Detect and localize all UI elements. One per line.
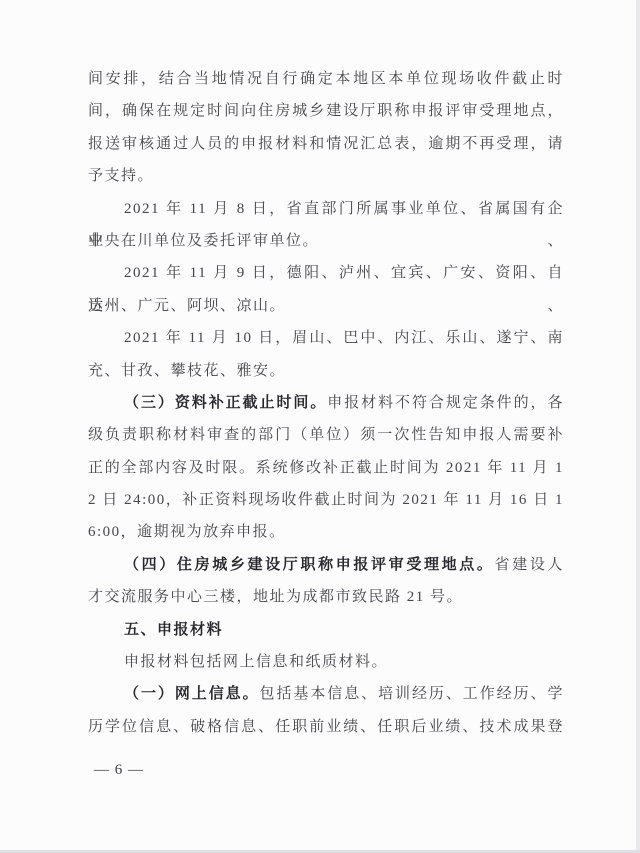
body-text: 报送审核通过人员的申报材料和情况汇总表，逾期不再受理，请 [88,136,564,152]
document-line: 2 日 24:00，补正资料现场收件截止时间为 2021 年 11 月 16 日… [88,484,564,516]
document-page: 间安排，结合当地情况自行确定本地区本单位现场收件截止时间，确保在规定时间向住房城… [0,0,640,853]
section-heading-text: （一）网上信息。 [124,686,260,702]
document-line: （四）住房城乡建设厅职称申报评审受理地点。省建设人 [88,549,564,581]
body-text: 中央在川单位及委托评审单位。 [88,233,319,249]
body-text: 达州、广元、阿坝、凉山。 [88,298,286,314]
document-line: 正的全部内容及时限。系统修改补正截止时间为 2021 年 11 月 1 [88,452,564,484]
body-text: 予支持。 [88,168,154,184]
document-line: 级负责职称材料审查的部门（单位）须一次性告知申报人需要补 [88,419,564,451]
body-text: 包括基本信息、培训经历、工作经历、学 [260,686,564,702]
scan-edge-right [636,0,640,853]
document-body: 间安排，结合当地情况自行确定本地区本单位现场收件截止时间，确保在规定时间向住房城… [88,63,564,743]
body-text: 申报材料不符合规定条件的，各 [327,395,564,411]
document-line: 五、申报材料 [88,614,564,646]
document-line: 间安排，结合当地情况自行确定本地区本单位现场收件截止时 [88,63,564,95]
document-line: 申报材料包括网上信息和纸质材料。 [88,646,564,678]
document-line: 2021 年 11 月 9 日，德阳、泸州、宜宾、广安、资阳、自贡、 [88,257,564,289]
body-text: 级负责职称材料审查的部门（单位）须一次性告知申报人需要补 [88,427,564,443]
document-line: （三）资料补正截止时间。申报材料不符合规定条件的，各 [88,387,564,419]
section-heading-text: 五、申报材料 [124,622,223,638]
document-line: 2021 年 11 月 8 日，省直部门所属事业单位、省属国有企业、 [88,193,564,225]
body-text: 充、甘孜、攀枝花、雅安。 [88,363,286,379]
body-text: 申报材料包括网上信息和纸质材料。 [124,654,388,670]
body-text: 间，确保在规定时间向住房城乡建设厅职称申报评审受理地点， [88,103,564,119]
body-text: 间安排，结合当地情况自行确定本地区本单位现场收件截止时 [88,71,564,87]
document-line: 历学位信息、破格信息、任职前业绩、任职后业绩、技术成果登 [88,711,564,743]
section-heading-text: （三）资料补正截止时间。 [124,395,327,411]
body-text: 正的全部内容及时限。系统修改补正截止时间为 2021 年 11 月 1 [88,460,564,476]
body-text: 2 日 24:00，补正资料现场收件截止时间为 2021 年 11 月 16 日… [88,492,564,508]
body-text: 才交流服务中心三楼，地址为成都市致民路 21 号。 [88,589,463,605]
section-heading-text: （四）住房城乡建设厅职称申报评审受理地点。 [124,557,495,573]
page-number: — 6 — [94,760,144,780]
document-line: 予支持。 [88,160,564,192]
body-text: 6:00，逾期视为放弃申报。 [88,524,286,540]
body-text: 历学位信息、破格信息、任职前业绩、任职后业绩、技术成果登 [88,719,564,735]
body-text: 2021 年 11 月 10 日，眉山、巴中、内江、乐山、遂宁、南 [124,330,564,346]
document-line: 报送审核通过人员的申报材料和情况汇总表，逾期不再受理，请 [88,128,564,160]
document-line: 充、甘孜、攀枝花、雅安。 [88,355,564,387]
document-line: （一）网上信息。包括基本信息、培训经历、工作经历、学 [88,678,564,710]
body-text: 省建设人 [495,557,564,573]
document-line: 才交流服务中心三楼，地址为成都市致民路 21 号。 [88,581,564,613]
document-line: 6:00，逾期视为放弃申报。 [88,516,564,548]
document-line: 间，确保在规定时间向住房城乡建设厅职称申报评审受理地点， [88,95,564,127]
document-line: 2021 年 11 月 10 日，眉山、巴中、内江、乐山、遂宁、南 [88,322,564,354]
